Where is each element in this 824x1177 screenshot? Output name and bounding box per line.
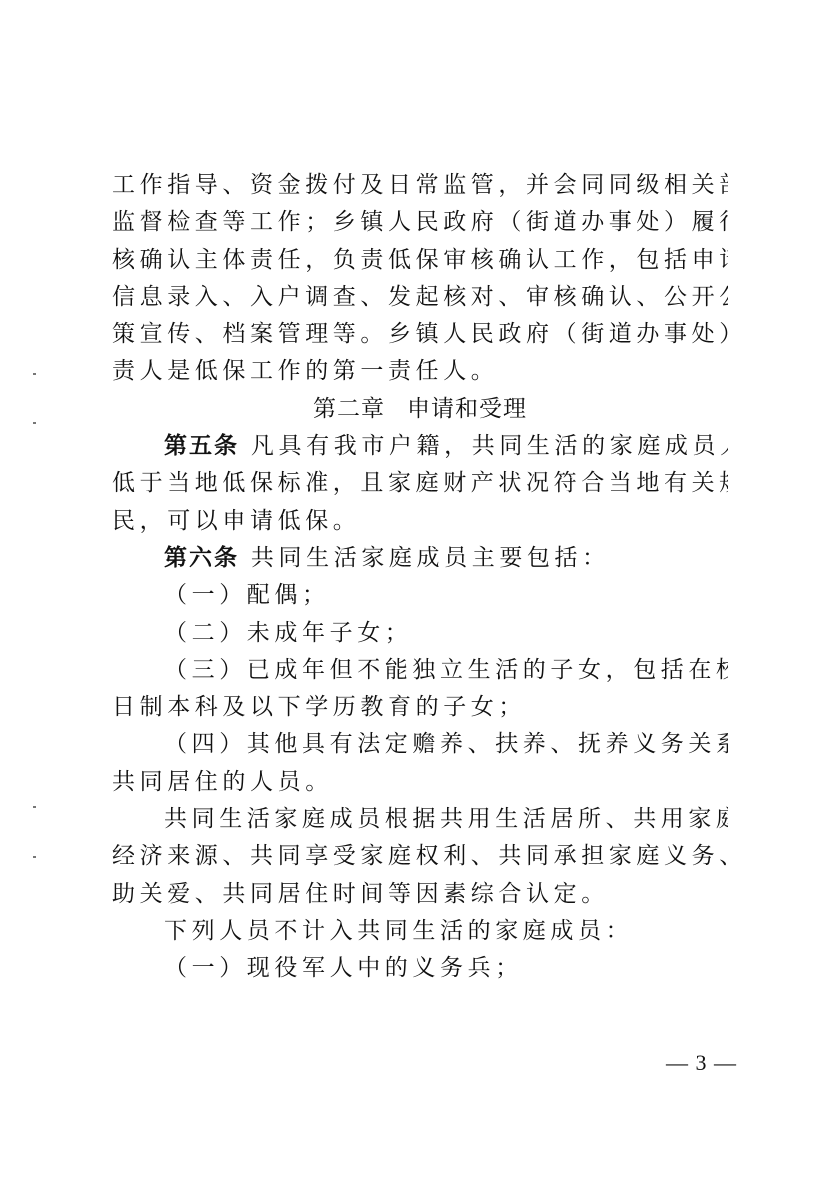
article-5-line: 第五条 凡具有我市户籍，共同生活的家庭成员人均收入	[112, 428, 728, 465]
paragraph-line: 信息录入、入户调查、发起核对、审核确认、公开公示、政	[112, 279, 728, 316]
paragraph-line: 监督检查等工作；乡镇人民政府（街道办事处）履行低保审	[112, 204, 728, 241]
margin-mark	[33, 856, 36, 858]
article-6-line: 第六条 共同生活家庭成员主要包括：	[112, 540, 728, 577]
margin-mark	[33, 373, 36, 375]
chapter-number: 第二章	[313, 396, 385, 422]
paragraph-line: 下列人员不计入共同生活的家庭成员：	[112, 913, 728, 950]
paragraph-line: 核确认主体责任，负责低保审核确认工作，包括申请受理、	[112, 242, 728, 279]
margin-mark	[33, 422, 36, 424]
margin-mark	[33, 806, 36, 808]
list-item: （四）其他具有法定赡养、扶养、抚养义务关系并长期	[112, 726, 728, 763]
paragraph-line: 责人是低保工作的第一责任人。	[112, 353, 728, 390]
paragraph-line: 共同居住的人员。	[112, 764, 728, 801]
list-item: （一）现役军人中的义务兵；	[112, 950, 728, 987]
article-label: 第五条	[164, 433, 239, 459]
list-item: （三）已成年但不能独立生活的子女，包括在校接受全	[112, 652, 728, 689]
article-text: 共同生活家庭成员主要包括：	[251, 545, 610, 571]
paragraph-line: 工作指导、资金拨付及日常监管，并会同同级相关部门做好	[112, 167, 728, 204]
article-label: 第六条	[164, 545, 239, 571]
chapter-heading: 第二章申请和受理	[112, 391, 728, 428]
list-item: （二）未成年子女；	[112, 615, 728, 652]
article-text: 凡具有我市户籍，共同生活的家庭成员人均收入	[251, 433, 728, 459]
page-number: — 3 —	[666, 1050, 737, 1076]
chapter-title: 申请和受理	[407, 396, 527, 422]
paragraph-line: 低于当地低保标准，且家庭财产状况符合当地有关规定的居	[112, 465, 728, 502]
document-body: 工作指导、资金拨付及日常监管，并会同同级相关部门做好 监督检查等工作；乡镇人民政…	[112, 167, 728, 988]
document-page: 工作指导、资金拨付及日常监管，并会同同级相关部门做好 监督检查等工作；乡镇人民政…	[0, 0, 824, 1177]
paragraph-line: 经济来源、共同享受家庭权利、共同承担家庭义务、相互扶	[112, 838, 728, 875]
paragraph-line: 策宣传、档案管理等。乡镇人民政府（街道办事处）主要负	[112, 316, 728, 353]
paragraph-line: 日制本科及以下学历教育的子女；	[112, 689, 728, 726]
paragraph-line: 民，可以申请低保。	[112, 503, 728, 540]
paragraph-line: 共同生活家庭成员根据共用生活居所、共用家庭财产和	[112, 801, 728, 838]
paragraph-line: 助关爱、共同居住时间等因素综合认定。	[112, 876, 728, 913]
list-item: （一）配偶；	[112, 577, 728, 614]
